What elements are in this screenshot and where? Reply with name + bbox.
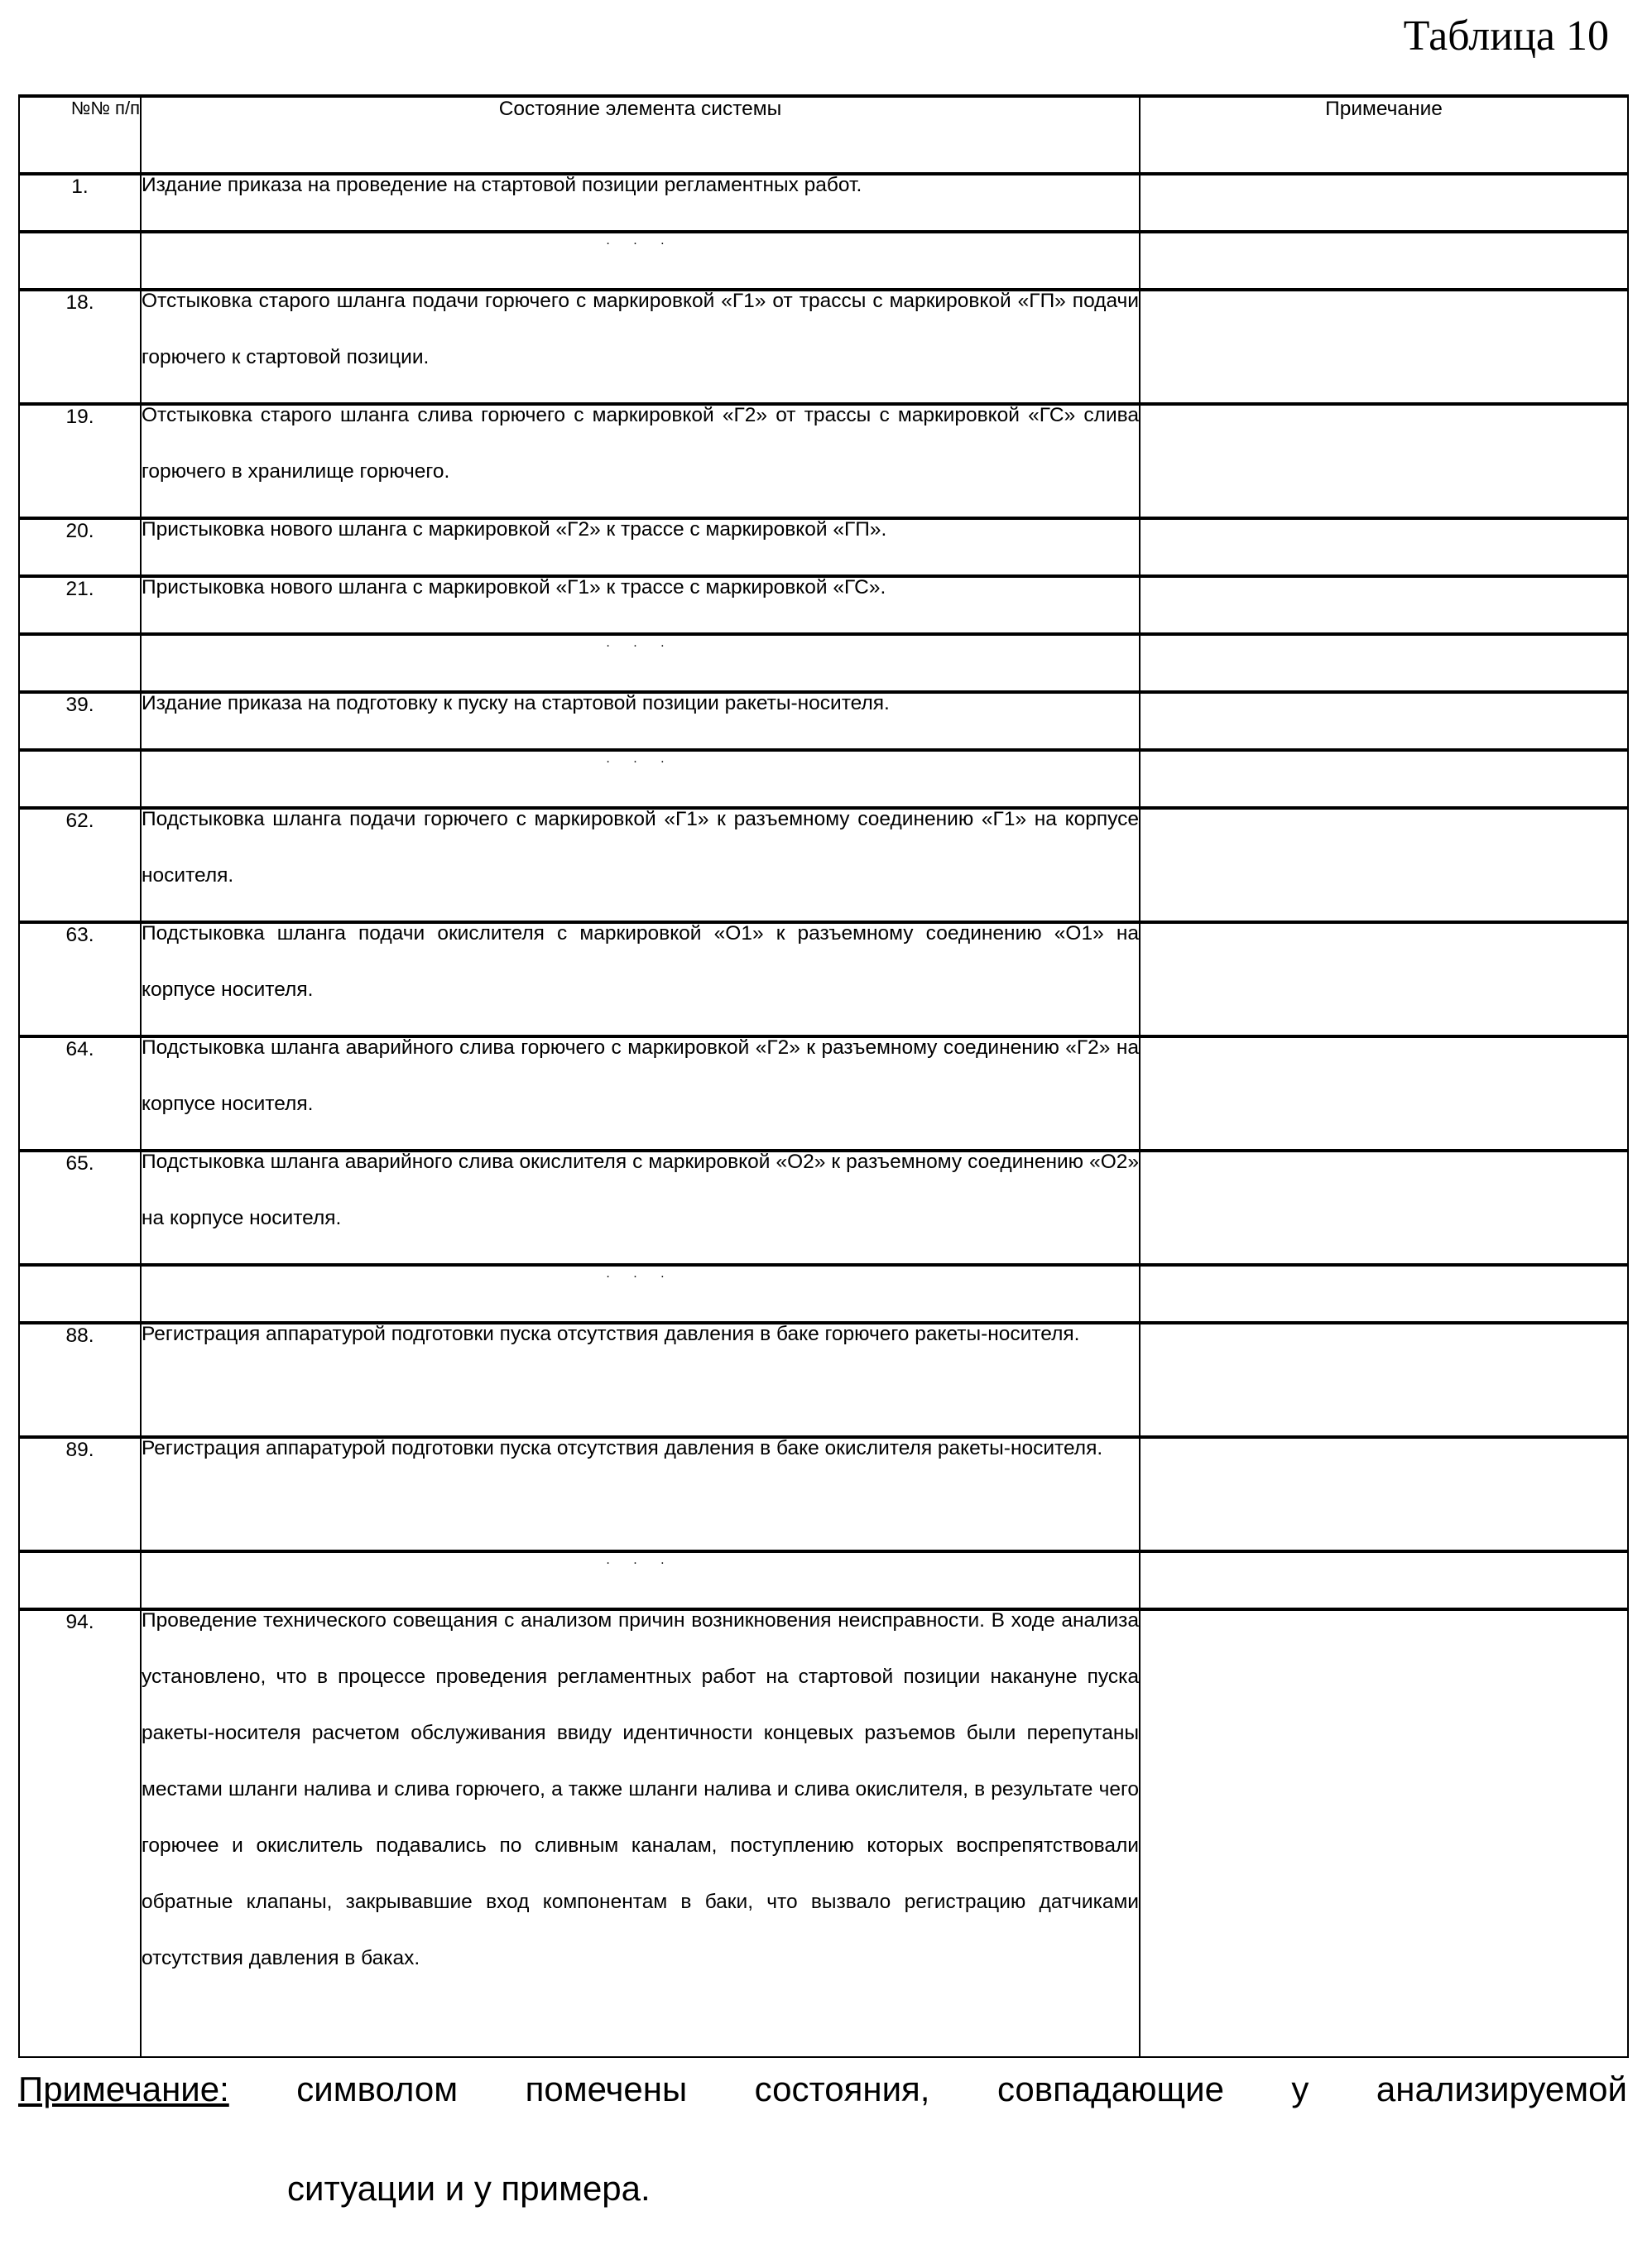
row-number: 65. bbox=[19, 1151, 141, 1265]
state-text: Пристыковка нового шланга с маркировкой … bbox=[142, 560, 1139, 616]
row-number: 62. bbox=[19, 808, 141, 922]
row-note bbox=[1140, 692, 1628, 750]
state-text: Регистрация аппаратурой подготовки пуска… bbox=[142, 1306, 1139, 1363]
table-row: 94.Проведение технического совещания с а… bbox=[19, 1609, 1628, 2057]
row-note bbox=[1140, 1609, 1628, 2057]
row-state-text: Регистрация аппаратурой подготовки пуска… bbox=[141, 1437, 1140, 1551]
table-row: 21.Пристыковка нового шланга с маркировк… bbox=[19, 576, 1628, 634]
state-text: Пристыковка нового шланга с маркировкой … bbox=[142, 502, 1139, 558]
row-number: 20. bbox=[19, 518, 141, 576]
footnote-word: у bbox=[1291, 2070, 1309, 2109]
row-note bbox=[1140, 750, 1628, 808]
row-note bbox=[1140, 518, 1628, 576]
state-text: Подстыковка шланга аварийного слива окис… bbox=[142, 1134, 1139, 1247]
row-state-text: Издание приказа на подготовку к пуску на… bbox=[141, 692, 1140, 750]
state-text: Подстыковка шланга аварийного слива горю… bbox=[142, 1020, 1139, 1132]
row-note bbox=[1140, 1323, 1628, 1437]
row-number bbox=[19, 750, 141, 808]
row-number: 18. bbox=[19, 290, 141, 404]
state-text: Проведение технического совещания с анал… bbox=[142, 1593, 1139, 1987]
row-state-text: Издание приказа на проведение на стартов… bbox=[141, 174, 1140, 232]
row-number: 94. bbox=[19, 1609, 141, 2057]
header-number: №№ п/п bbox=[19, 96, 141, 174]
footnote-label: Примечание: bbox=[18, 2070, 229, 2109]
row-state-text: Проведение технического совещания с анал… bbox=[141, 1609, 1140, 2057]
footnote-word: состояния, bbox=[755, 2070, 930, 2109]
state-text: Издание приказа на подготовку к пуску на… bbox=[142, 675, 1139, 732]
footnote-line-2: ситуации и у примера. bbox=[18, 2169, 1627, 2209]
table-title: Таблица 10 bbox=[1404, 15, 1609, 58]
state-text: Отстыковка старого шланга слива горючего… bbox=[142, 387, 1139, 500]
row-number: 88. bbox=[19, 1323, 141, 1437]
row-note bbox=[1140, 1151, 1628, 1265]
row-number: 19. bbox=[19, 404, 141, 518]
row-note bbox=[1140, 1551, 1628, 1609]
footnote-line-1: Примечание: символомпомеченысостояния,со… bbox=[18, 2070, 1627, 2109]
row-note bbox=[1140, 634, 1628, 692]
row-note bbox=[1140, 1437, 1628, 1551]
row-note bbox=[1140, 290, 1628, 404]
footnote: Примечание: символомпомеченысостояния,со… bbox=[18, 2070, 1627, 2209]
footnote-word: анализируемой bbox=[1376, 2070, 1627, 2109]
header-note: Примечание bbox=[1140, 96, 1628, 174]
table-row: 1.Издание приказа на проведение на старт… bbox=[19, 174, 1628, 232]
row-note bbox=[1140, 808, 1628, 922]
table-row: 89.Регистрация аппаратурой подготовки пу… bbox=[19, 1437, 1628, 1551]
footnote-word: совпадающие bbox=[997, 2070, 1224, 2109]
state-text: Подстыковка шланга подачи окислителя с м… bbox=[142, 906, 1139, 1018]
row-note bbox=[1140, 404, 1628, 518]
state-text: Издание приказа на проведение на стартов… bbox=[142, 157, 1139, 214]
row-number bbox=[19, 1551, 141, 1609]
footnote-word: символом bbox=[296, 2070, 458, 2109]
table-body: 1.Издание приказа на проведение на старт… bbox=[19, 174, 1628, 2057]
state-text: Отстыковка старого шланга подачи горючег… bbox=[142, 273, 1139, 386]
row-number: 63. bbox=[19, 922, 141, 1036]
row-number bbox=[19, 634, 141, 692]
states-table: №№ п/п Состояние элемента системы Примеч… bbox=[18, 94, 1629, 2058]
row-number bbox=[19, 1265, 141, 1323]
state-text: Подстыковка шланга подачи горючего с мар… bbox=[142, 791, 1139, 904]
table-row: 65.Подстыковка шланга аварийного слива о… bbox=[19, 1151, 1628, 1265]
row-note bbox=[1140, 922, 1628, 1036]
footnote-word: помечены bbox=[526, 2070, 688, 2109]
row-number: 39. bbox=[19, 692, 141, 750]
row-number: 21. bbox=[19, 576, 141, 634]
row-note bbox=[1140, 232, 1628, 290]
row-note bbox=[1140, 1265, 1628, 1323]
row-number: 64. bbox=[19, 1036, 141, 1151]
row-state-text: Пристыковка нового шланга с маркировкой … bbox=[141, 576, 1140, 634]
row-number bbox=[19, 232, 141, 290]
row-note bbox=[1140, 1036, 1628, 1151]
row-note bbox=[1140, 174, 1628, 232]
row-number: 89. bbox=[19, 1437, 141, 1551]
table-row: 39.Издание приказа на подготовку к пуску… bbox=[19, 692, 1628, 750]
row-note bbox=[1140, 576, 1628, 634]
row-state-text: Подстыковка шланга аварийного слива окис… bbox=[141, 1151, 1140, 1265]
state-text: Регистрация аппаратурой подготовки пуска… bbox=[142, 1421, 1139, 1477]
row-number: 1. bbox=[19, 174, 141, 232]
